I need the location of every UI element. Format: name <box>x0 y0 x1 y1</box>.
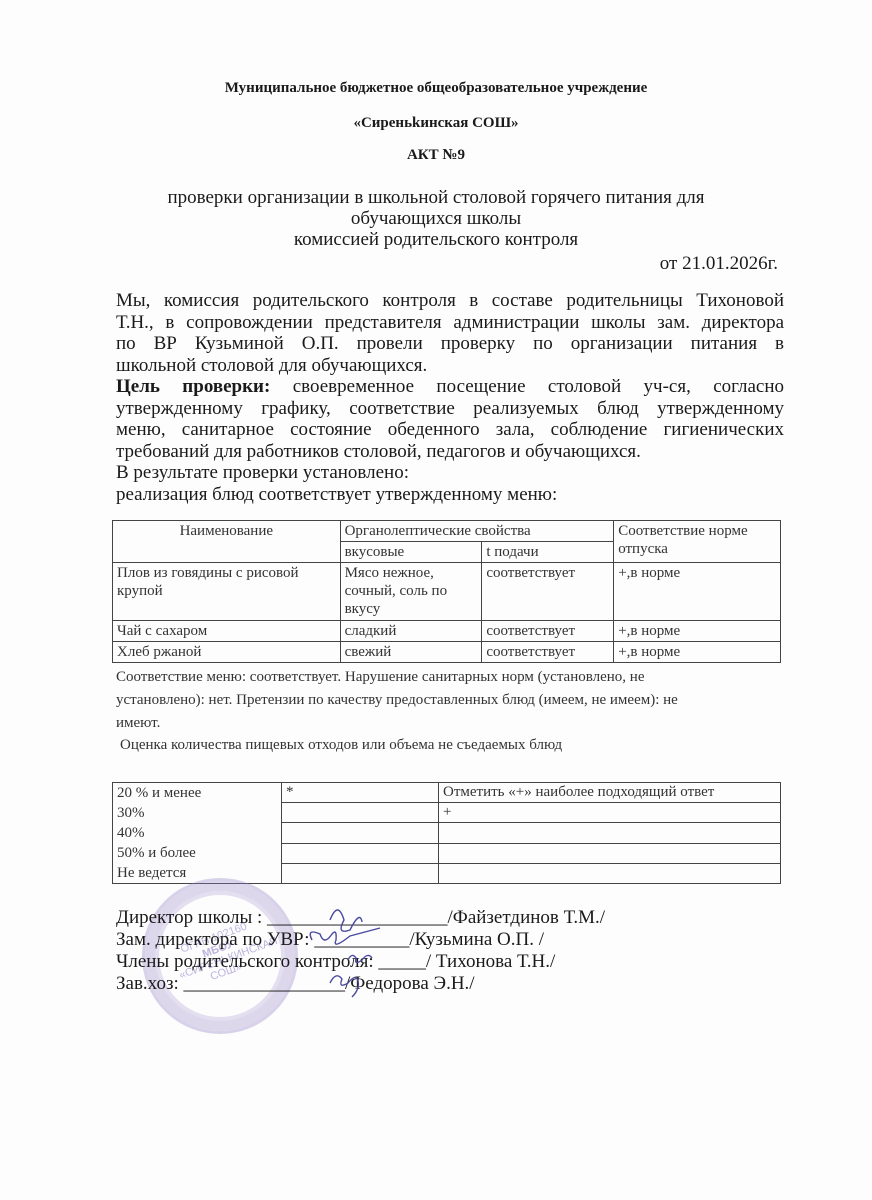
dish-taste: Мясо нежное, сочный, соль по вкусу <box>340 563 482 621</box>
dish-name: Плов из говядины с рисовой крупой <box>113 563 341 621</box>
signature-role: Директор школы : <box>116 907 267 928</box>
dish-name: Хлеб ржаной <box>113 642 341 663</box>
waste-answer-cell: Отметить «+» наиболее подходящий ответ <box>439 783 781 803</box>
waste-mark-cell <box>282 823 439 843</box>
conclusion-text: Соответствие меню: соответствует. Наруше… <box>116 666 786 735</box>
conclusion-line: имеют. <box>116 712 786 735</box>
waste-mark-cell <box>282 843 439 863</box>
table-row: Чай с сахаром сладкий соответствует +,в … <box>113 621 781 642</box>
conclusion-line: установлено): нет. Претензии по качеству… <box>116 689 786 712</box>
act-title: АКТ №9 <box>0 147 872 164</box>
goal-line: меню, санитарное состояние обеденного за… <box>116 419 784 441</box>
header-name: Наименование <box>113 521 341 563</box>
handwritten-signatures-icon <box>300 895 420 1000</box>
waste-mark-cell <box>282 803 439 823</box>
goal-label: Цель проверки: <box>116 376 270 397</box>
table-row: Хлеб ржаной свежий соответствует +,в нор… <box>113 642 781 663</box>
goal-line: Цель проверки: своевременное посещение с… <box>116 376 784 398</box>
signature-role: Зам. директора по УВР: <box>116 929 314 950</box>
table-row: Плов из говядины с рисовой крупой Мясо н… <box>113 563 781 621</box>
intro-line: школьной столовой для обучающихся. <box>116 355 784 377</box>
menu-table: Наименование Органолептические свойства … <box>112 520 781 663</box>
dish-norm: +,в норме <box>614 621 781 642</box>
intro-line: Мы, комиссия родительского контроля в со… <box>116 290 784 312</box>
waste-answer-cell <box>439 863 781 883</box>
intro-line: Т.Н., в сопровождении представителя адми… <box>116 312 784 334</box>
goal-line: требований для работников столовой, педа… <box>116 441 784 463</box>
waste-option: 40% <box>117 823 277 843</box>
dish-temperature: соответствует <box>482 642 614 663</box>
intro-line: по ВР Кузьминой О.П. провели проверку по… <box>116 333 784 355</box>
header-organoleptic: Органолептические свойства <box>340 521 614 542</box>
header-norm: Соответствие норме отпуска <box>614 521 781 563</box>
dish-norm: +,в норме <box>614 563 781 621</box>
dish-taste: сладкий <box>340 621 482 642</box>
signature-name: /Файзетдинов Т.М./ <box>448 907 605 928</box>
act-date: от 21.01.2026г. <box>660 253 778 275</box>
subtitle-line-3: комиссией родительского контроля <box>0 229 872 250</box>
conclusion-line: Соответствие меню: соответствует. Наруше… <box>116 666 786 689</box>
dish-name: Чай с сахаром <box>113 621 341 642</box>
result-line: В результате проверки установлено: <box>116 462 784 484</box>
header-taste: вкусовые <box>340 542 482 563</box>
dish-temperature: соответствует <box>482 563 614 621</box>
waste-option: Не ведется <box>117 863 277 883</box>
waste-answer-cell <box>439 823 781 843</box>
dish-norm: +,в норме <box>614 642 781 663</box>
intro-paragraph: Мы, комиссия родительского контроля в со… <box>116 290 784 505</box>
signature-name: / Тихонова Т.Н./ <box>426 951 555 972</box>
signature-name: /Кузьмина О.П. / <box>409 929 544 950</box>
header-temperature: t подачи <box>482 542 614 563</box>
goal-text: своевременное посещение столовой уч-ся, … <box>270 376 784 397</box>
waste-options: 20 % и менее 30% 40% 50% и более Не веде… <box>113 783 282 884</box>
act-subtitle: проверки организации в школьной столовой… <box>0 187 872 250</box>
goal-line: утвержденному графику, соответствие реал… <box>116 398 784 420</box>
waste-option: 20 % и менее <box>117 783 277 803</box>
dish-temperature: соответствует <box>482 621 614 642</box>
subtitle-line-2: обучающихся школы <box>0 208 872 229</box>
signature-role: Зав.хоз: <box>116 973 183 994</box>
subtitle-line-1: проверки организации в школьной столовой… <box>0 187 872 208</box>
waste-answer-cell: + <box>439 803 781 823</box>
waste-mark-cell: * <box>282 783 439 803</box>
signature-supply-manager: Зав.хоз: _________________/Федорова Э.Н.… <box>116 973 475 995</box>
school-name: «Сиреньkинская СОШ» <box>0 115 872 132</box>
waste-option: 30% <box>117 803 277 823</box>
institution-name: Муниципальное бюджетное общеобразователь… <box>0 80 872 97</box>
waste-option: 50% и более <box>117 843 277 863</box>
result-line: реализация блюд соответствует утвержденн… <box>116 484 784 506</box>
waste-answer-cell <box>439 843 781 863</box>
waste-mark-cell <box>282 863 439 883</box>
waste-title: Оценка количества пищевых отходов или об… <box>120 737 562 754</box>
waste-table: 20 % и менее 30% 40% 50% и более Не веде… <box>112 782 781 884</box>
dish-taste: свежий <box>340 642 482 663</box>
